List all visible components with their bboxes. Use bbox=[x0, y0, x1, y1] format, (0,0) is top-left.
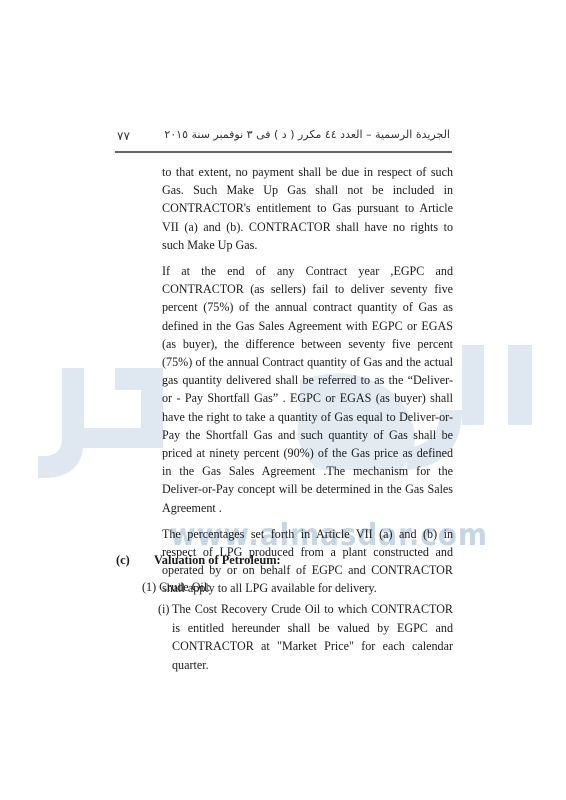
subsection-heading: (1) Crude Oil: bbox=[142, 580, 211, 595]
section-title: Valuation of Petroleum: bbox=[154, 553, 281, 567]
paragraph-deliver-or-pay: If at the end of any Contract year ,EGPC… bbox=[162, 262, 453, 517]
page-header: ٧٧ الجريدة الرسمية – العدد ٤٤ مكرر ( د )… bbox=[115, 126, 452, 150]
page-number: ٧٧ bbox=[117, 129, 130, 143]
section-heading: (c)Valuation of Petroleum: bbox=[116, 553, 281, 568]
section-letter: (c) bbox=[116, 553, 154, 568]
item-text: The Cost Recovery Crude Oil to which CON… bbox=[172, 600, 453, 674]
header-divider bbox=[115, 151, 452, 153]
list-item: (i) The Cost Recovery Crude Oil to which… bbox=[158, 600, 453, 674]
body-content: to that extent, no payment shall be due … bbox=[162, 163, 453, 606]
item-marker: (i) bbox=[158, 600, 172, 674]
paragraph-make-up-gas: to that extent, no payment shall be due … bbox=[162, 163, 453, 254]
gazette-title: الجريدة الرسمية – العدد ٤٤ مكرر ( د ) فى… bbox=[164, 128, 450, 141]
